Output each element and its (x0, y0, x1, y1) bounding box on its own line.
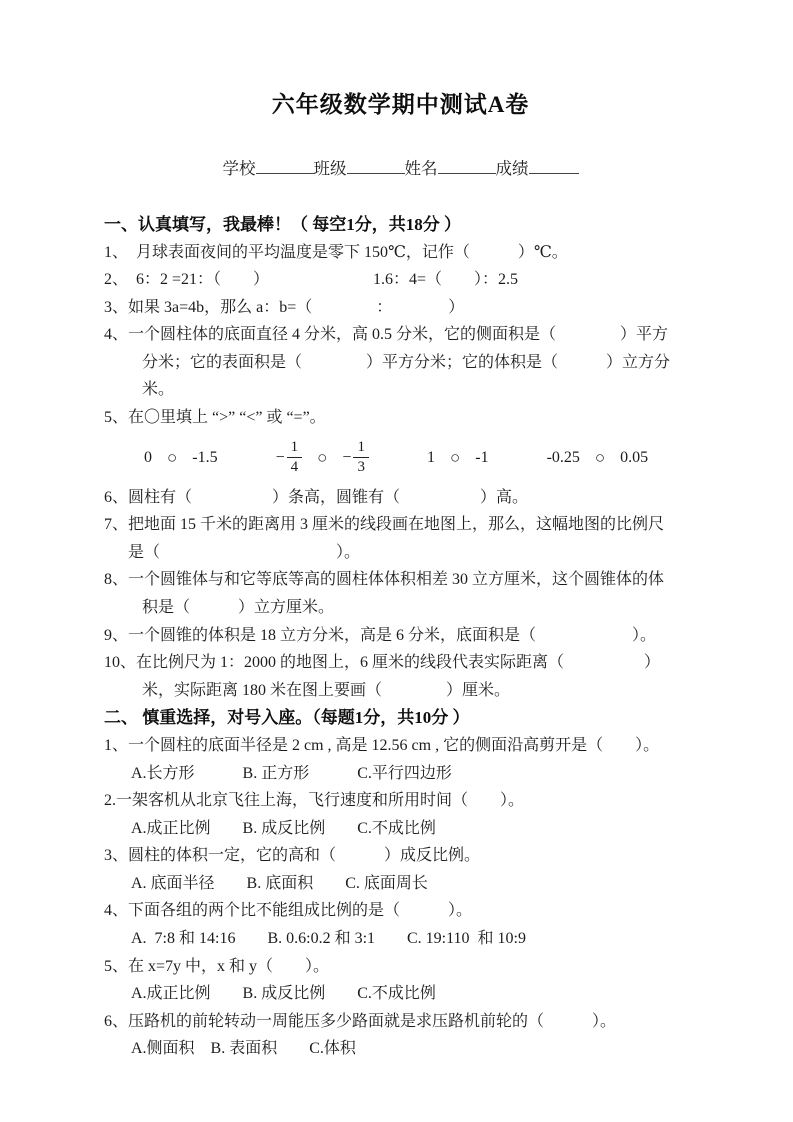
page-title: 六年级数学期中测试A卷 (104, 86, 697, 119)
fill-question-5: 5、在〇里填上 “>” “<” 或 “=”。 (104, 404, 697, 432)
compare-left-value: 1 (427, 449, 435, 467)
choice-question-4-stem: 4、下面各组的两个比不能组成比例的是（ ）。 (104, 897, 697, 925)
fill-question-3: 3、如果 3a=4b，那么 a：b=（ ： ） (104, 294, 697, 322)
fraction-numerator: 1 (353, 439, 369, 458)
name-field: 姓名 (405, 155, 496, 179)
score-label: 成绩 (496, 159, 529, 178)
fill-question-8-line2: 积是（ ）立方厘米。 (104, 594, 697, 622)
circle-placeholder-icon: ○ (595, 449, 605, 466)
circle-placeholder-icon: ○ (317, 449, 327, 466)
fraction-stack: 1 4 (287, 439, 303, 477)
score-blank (529, 157, 579, 175)
fraction-denominator: 3 (357, 458, 365, 476)
test-paper-page: 六年级数学期中测试A卷 学校班级姓名成绩 一、认真填写，我最棒！（ 每空1分，共… (0, 0, 793, 1122)
class-field: 班级 (314, 155, 405, 179)
choice-question-2-stem: 2.一架客机从北京飞往上海，飞行速度和所用时间（ ）。 (104, 787, 697, 815)
fill-question-4-line2: 分米；它的表面积是（ ）平方分米；它的体积是（ ）立方分米。 (104, 349, 697, 404)
class-label: 班级 (314, 159, 347, 178)
school-label: 学校 (223, 159, 256, 178)
fill-question-7-line2: 是（ ）。 (104, 539, 697, 567)
fill-question-6: 6、圆柱有（ ）条高，圆锥有（ ）高。 (104, 484, 697, 512)
compare-left-value: 0 (144, 449, 152, 467)
section1-heading: 一、认真填写，我最棒！（ 每空1分，共18分 ） (104, 211, 697, 239)
name-blank (438, 157, 496, 175)
fraction-numerator: 1 (287, 439, 303, 458)
score-field: 成绩 (496, 155, 579, 179)
school-field: 学校 (223, 155, 314, 179)
fill-question-9: 9、一个圆锥的体积是 18 立方分米，高是 6 分米，底面积是（ ）。 (104, 622, 697, 650)
choice-question-5-stem: 5、在 x=7y 中，x 和 y（ ）。 (104, 953, 697, 981)
choice-question-3-stem: 3、圆柱的体积一定，它的高和（ ）成反比例。 (104, 842, 697, 870)
choice-question-4-options: A. 7:8 和 14:16 B. 0.6:0.2 和 3:1 C. 19:11… (104, 925, 697, 953)
student-info-line: 学校班级姓名成绩 (104, 155, 697, 179)
fraction-negative-one-fourth: − 1 4 (276, 439, 303, 477)
compare-left-value: -0.25 (547, 449, 580, 467)
choice-question-1-stem: 1、一个圆柱的底面半径是 2 cm , 高是 12.56 cm , 它的侧面沿高… (104, 732, 697, 760)
fill-question-2: 2、 6：2 =21：（ ） 1.6：4=（ ）：2.5 (104, 266, 697, 294)
fraction-stack: 1 3 (353, 439, 369, 477)
fill-question-10-line2: 米，实际距离 180 米在图上要画（ ）厘米。 (104, 677, 697, 705)
choice-question-1-options: A.长方形 B. 正方形 C.平行四边形 (104, 760, 697, 788)
compare-right-value: 0.05 (620, 449, 648, 467)
choice-question-6-stem: 6、压路机的前轮转动一周能压多少路面就是求压路机前轮的（ ）。 (104, 1008, 697, 1036)
section2-heading: 二、 慎重选择，对号入座。（每题1分，共10分 ） (104, 704, 697, 732)
choice-question-3-options: A. 底面半径 B. 底面积 C. 底面周长 (104, 870, 697, 898)
comparison-pair-1: 0 ○ -1.5 (144, 449, 218, 467)
fill-question-10-line1: 10、在比例尺为 1：2000 的地图上，6 厘米的线段代表实际距离（ ） (104, 649, 697, 677)
comparison-pair-3: 1 ○ -1 (427, 449, 489, 467)
circle-placeholder-icon: ○ (450, 449, 460, 466)
fill-question-7-line1: 7、把地面 15 千米的距离用 3 厘米的线段画在地图上，那么，这幅地图的比例尺 (104, 511, 697, 539)
comparison-pair-4: -0.25 ○ 0.05 (547, 449, 649, 467)
choice-question-6-options: A.侧面积 B. 表面积 C.体积 (104, 1035, 697, 1063)
class-blank (347, 157, 405, 175)
comparison-pair-2: − 1 4 ○ − 1 3 (276, 439, 369, 477)
fraction-sign: − (342, 449, 351, 467)
name-label: 姓名 (405, 159, 438, 178)
choice-question-5-options: A.成正比例 B. 成反比例 C.不成比例 (104, 980, 697, 1008)
compare-right-value: -1 (475, 449, 488, 467)
choice-question-2-options: A.成正比例 B. 成反比例 C.不成比例 (104, 815, 697, 843)
fill-question-8-line1: 8、一个圆锥体与和它等底等高的圆柱体体积相差 30 立方厘米，这个圆锥体的体 (104, 566, 697, 594)
school-blank (256, 157, 314, 175)
fraction-denominator: 4 (291, 458, 299, 476)
fill-question-4-line1: 4、一个圆柱体的底面直径 4 分米，高 0.5 分米，它的侧面积是（ ）平方 (104, 321, 697, 349)
fraction-sign: − (276, 449, 285, 467)
fraction-negative-one-third: − 1 3 (342, 439, 369, 477)
circle-placeholder-icon: ○ (167, 449, 177, 466)
fill-question-1: 1、 月球表面夜间的平均温度是零下 150℃，记作（ ）℃。 (104, 239, 697, 267)
compare-right-value: -1.5 (192, 449, 217, 467)
comparison-row: 0 ○ -1.5 − 1 4 ○ − 1 3 1 ○ (104, 432, 697, 484)
